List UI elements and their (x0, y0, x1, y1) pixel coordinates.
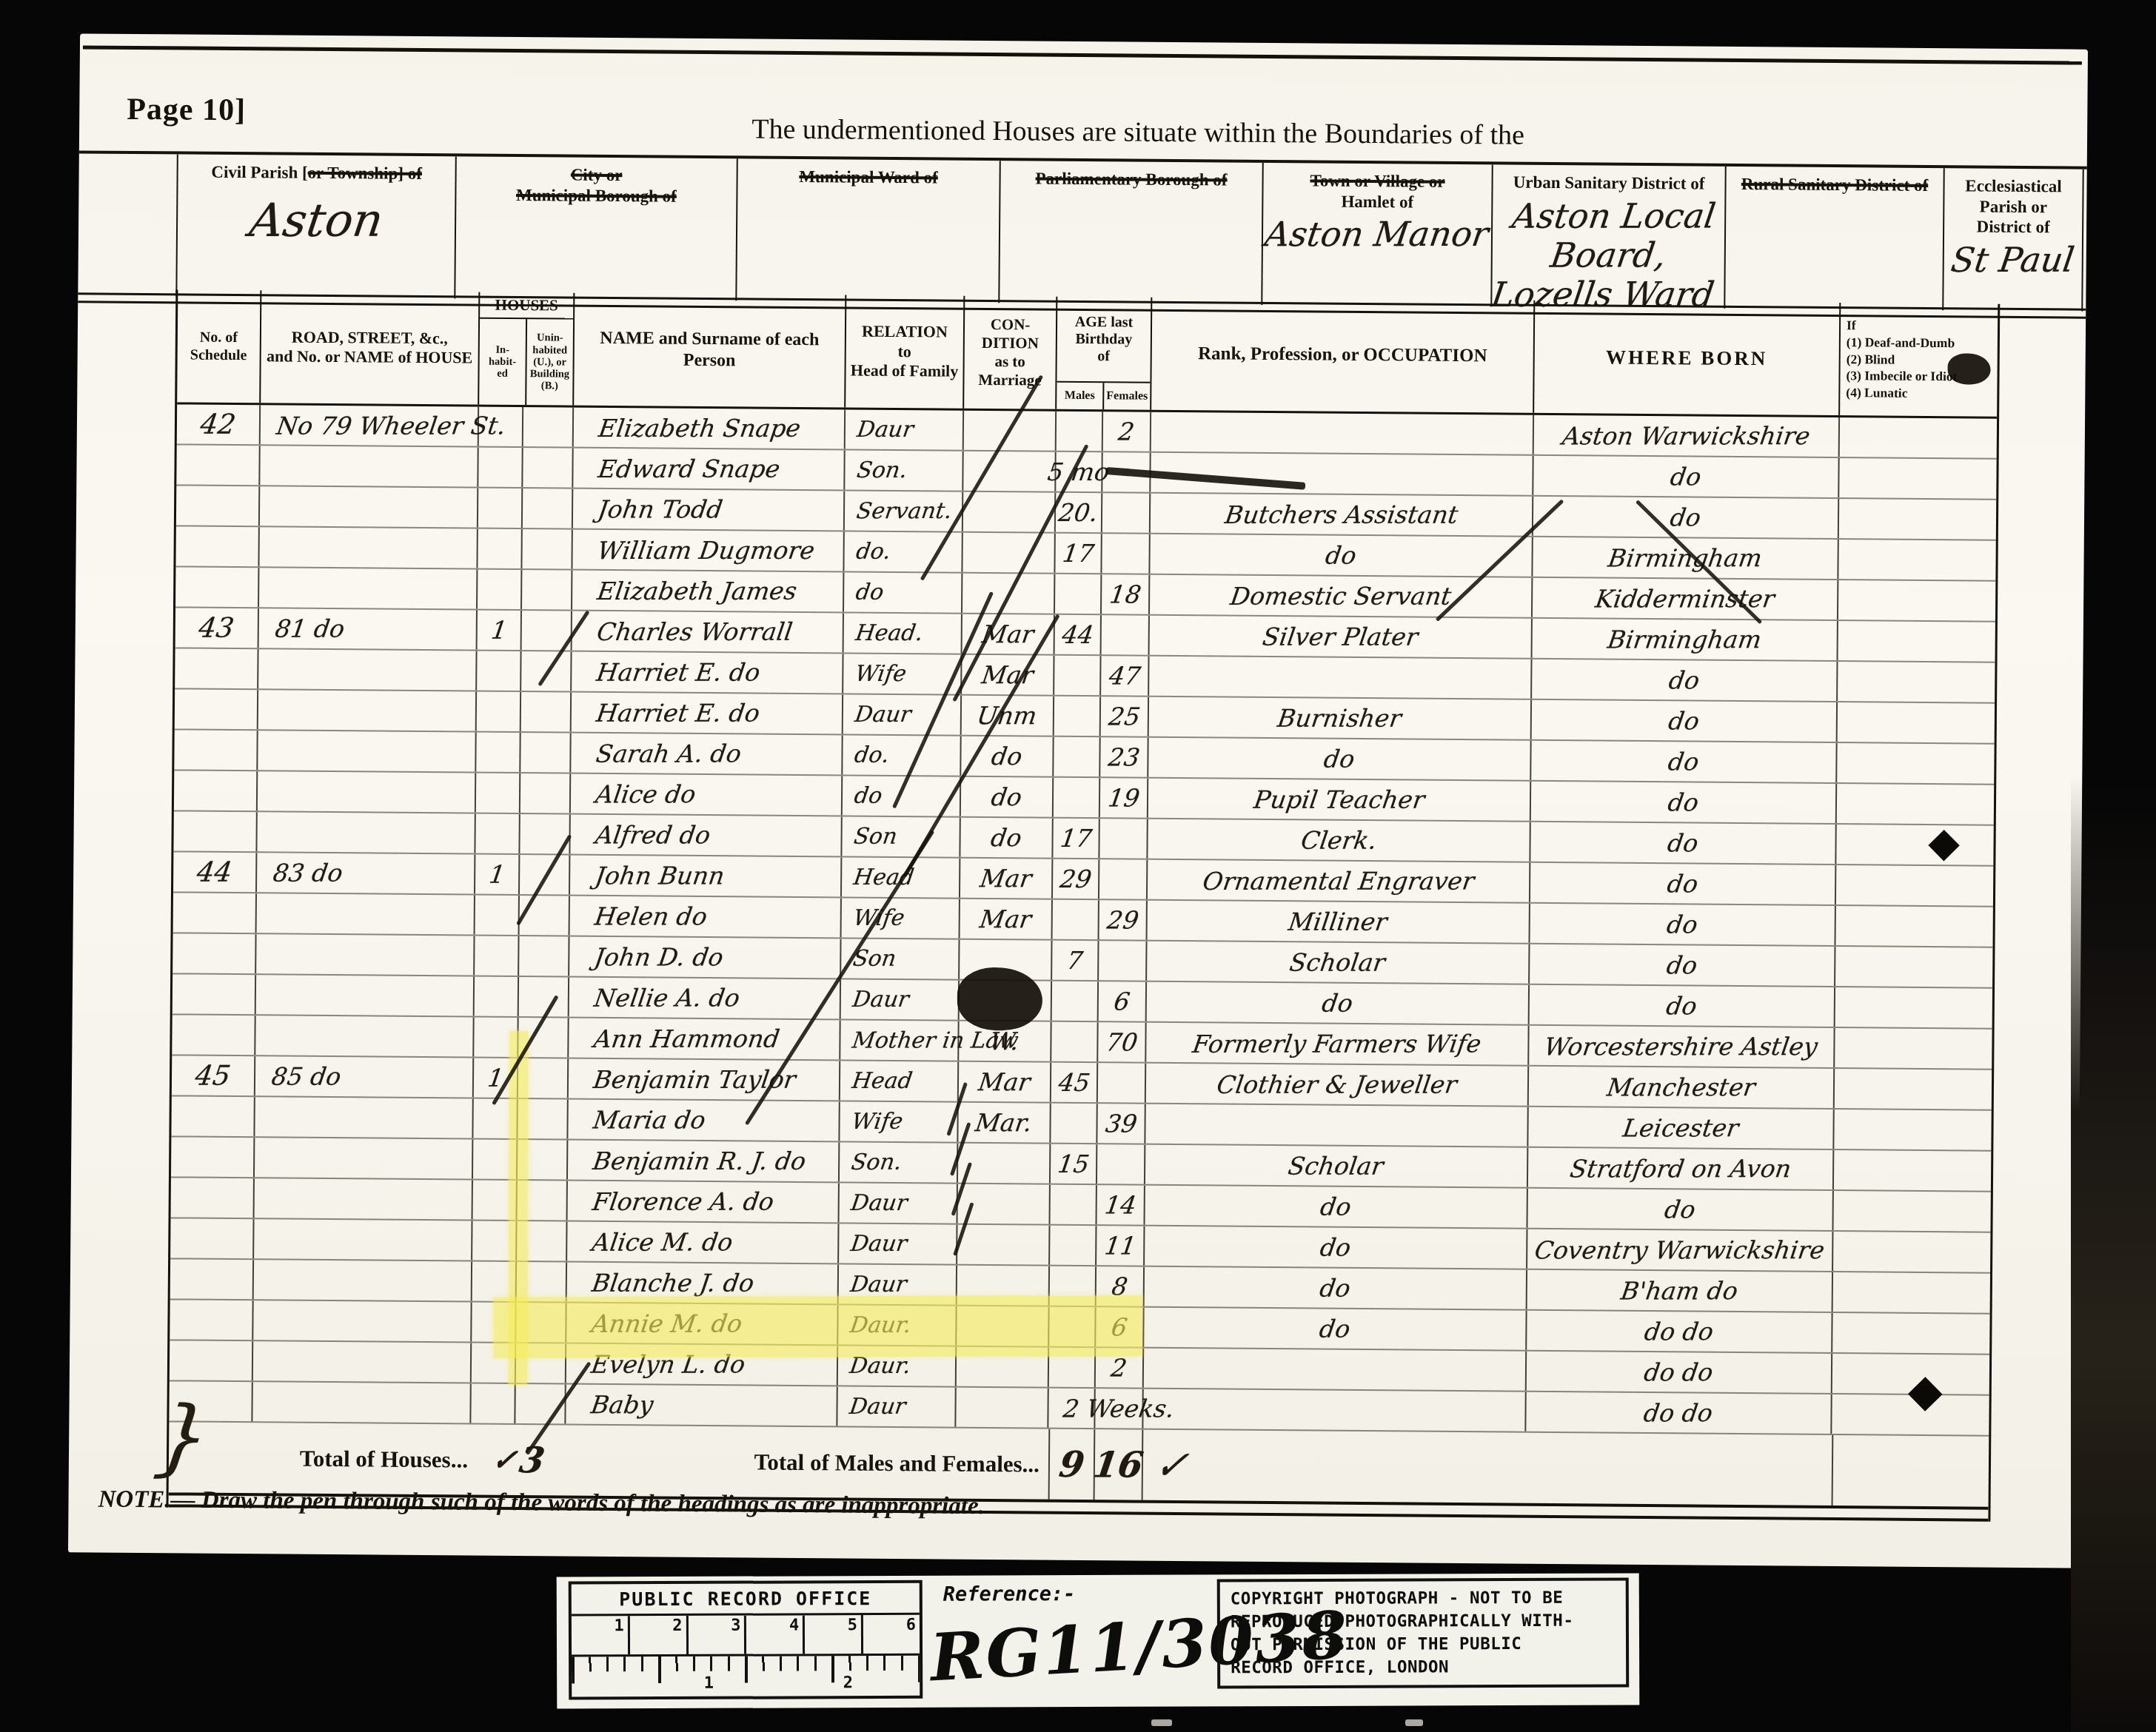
page-number: Page 10] (127, 92, 246, 128)
cell-road: No 79 Wheeler St. (261, 405, 479, 446)
cell-name: Elizabeth Snape (574, 408, 846, 449)
cell-road (255, 1178, 473, 1219)
cell-age_m (1053, 900, 1099, 939)
cell-age_f-text: 14 (1102, 1190, 1137, 1219)
cell-age_m (1055, 574, 1102, 614)
cell-schedule (173, 893, 257, 933)
cell-schedule (170, 1300, 253, 1340)
admin-box-label: Town or Village or Hamlet of (1310, 170, 1445, 212)
cell-occ-text: do (1318, 1274, 1352, 1303)
cell-born: do do (1527, 1311, 1832, 1352)
census-sheet: Page 10] The undermentioned Houses are s… (68, 33, 2088, 1568)
admin-label-struck: Rural Sanitary District of (1741, 175, 1929, 195)
col-header-inhabited: In- habit- ed (479, 319, 527, 405)
cell-age_m (1057, 412, 1103, 451)
cell-rel-text: Son (852, 824, 899, 850)
cell-age_f (1102, 615, 1150, 655)
cell-born: do do (1526, 1392, 1832, 1434)
cell-road (258, 690, 477, 731)
cell-born: do (1532, 700, 1838, 742)
cell-age_f-text: 11 (1102, 1231, 1137, 1260)
cell-born: do (1531, 741, 1837, 782)
cell-rel: Wife (840, 1101, 958, 1141)
film-edge-mark (1151, 1719, 1172, 1726)
cell-inh (478, 570, 522, 609)
cell-occ-text: Clerk. (1299, 826, 1378, 855)
cell-name-text: Blanche J. do (590, 1269, 756, 1298)
cell-road (260, 486, 478, 527)
cell-dis (1833, 1191, 1990, 1232)
cell-cond (958, 1144, 1051, 1184)
top-rule (83, 45, 2082, 64)
cell-dis (1838, 540, 1995, 580)
cell-inh (475, 896, 520, 935)
cell-schedule (171, 1178, 255, 1218)
cell-rel: Daur (841, 979, 960, 1019)
cell-age_f (1099, 819, 1148, 859)
cell-rel-text: do. (854, 539, 892, 565)
cell-dis (1835, 1028, 1992, 1069)
cell-rel-text: do (854, 580, 885, 605)
cell-occ-text: Butchers Assistant (1223, 500, 1460, 529)
houses-subheaders: In- habit- ed Unin- habited (U.), or Bui… (479, 318, 573, 406)
cell-cond-text: Mar. (974, 1108, 1034, 1137)
admin-box-3: Municipal Ward of (737, 158, 1000, 303)
cell-age_m (1054, 697, 1101, 736)
cell-born-text: do (1667, 747, 1701, 776)
cell-age_f: 6 (1099, 981, 1147, 1021)
cell-rel: do. (843, 736, 961, 776)
col-header-condition: CON- DITION as to Marriage (964, 296, 1057, 409)
ruler-segment: 5 (805, 1615, 863, 1654)
cell-name: Maria do (568, 1100, 840, 1141)
cell-road (256, 975, 475, 1016)
cell-schedule (176, 486, 260, 526)
cell-age_m-text: 15 (1056, 1149, 1091, 1178)
cell-age_m (1051, 1185, 1097, 1224)
cell-rel-text: Daur (848, 1394, 908, 1420)
cell-name: John Bunn (570, 856, 842, 897)
cell-inh (477, 651, 521, 691)
total-mf-label: Total of Males and Females... (566, 1426, 1049, 1500)
admin-label-struck: Parliamentary Borough of (1036, 169, 1228, 189)
cell-occ-text: Ornamental Engraver (1201, 867, 1476, 896)
cell-road: 81 do (259, 608, 478, 649)
cell-occ: Burnisher (1149, 697, 1532, 739)
cell-schedule (175, 567, 259, 607)
cell-inh: 1 (478, 611, 522, 650)
cell-name-text: Alfred do (594, 820, 712, 849)
cell-inh (471, 1384, 515, 1423)
cell-rel-text: Head. (854, 620, 925, 646)
cell-born: B'ham do (1527, 1270, 1833, 1312)
admin-box-2: City or Municipal Borough of (455, 156, 737, 301)
cell-occ (1144, 1349, 1527, 1391)
cell-inh (476, 733, 520, 772)
reference-label: Reference:- (943, 1582, 1076, 1606)
ruler-number: 1 (614, 1617, 623, 1635)
copyright-stamp: COPYRIGHT PHOTOGRAPH - NOT TO BEREPRODUC… (1217, 1577, 1630, 1688)
cell-schedule (175, 689, 258, 729)
cell-rel-text: Daur. (848, 1353, 913, 1379)
ruler-number: 2 (672, 1617, 682, 1635)
cell-born: Kidderminster (1533, 578, 1838, 620)
cell-born-text: do (1667, 706, 1701, 735)
cell-age_f (1102, 493, 1151, 533)
cell-age_f (1102, 534, 1150, 574)
cell-schedule: 45 (172, 1055, 255, 1095)
cell-age_m: 7 (1052, 941, 1099, 980)
cell-occ: do (1148, 738, 1531, 780)
cell-occ-text: Scholar (1287, 1152, 1386, 1181)
cell-born-text: do (1665, 910, 1699, 939)
cell-cond-text: Mar (978, 904, 1034, 933)
cell-occ-text: do (1322, 745, 1356, 773)
cell-born-text: Leicester (1621, 1113, 1740, 1142)
cell-rel: Head (840, 1061, 959, 1101)
cell-dis (1837, 784, 1994, 825)
cell-age_f-text: 70 (1104, 1027, 1139, 1056)
cell-occ: Ornamental Engraver (1148, 860, 1530, 902)
admin-box-label: Rural Sanitary District of (1741, 174, 1929, 196)
cell-name-text: Sarah A. do (595, 739, 743, 768)
cell-rel-text: Daur (849, 1231, 909, 1257)
cell-name: John Todd (573, 489, 845, 531)
cell-age_m (1051, 1104, 1097, 1143)
cell-rel-text: Son. (855, 457, 908, 483)
cell-age_m (1052, 981, 1099, 1021)
cell-inh (475, 814, 520, 853)
cell-born-text: do do (1642, 1398, 1715, 1427)
ruler-segment: 1 (572, 1616, 630, 1654)
col-header-road: ROAD, STREET, &c., and No. or NAME of HO… (261, 290, 480, 404)
cell-uninh (519, 977, 569, 1017)
totals-disabilities-cell (1832, 1435, 1989, 1507)
cell-age_m: 45 (1051, 1063, 1098, 1102)
cell-born-text: do (1668, 503, 1702, 531)
cell-rel: Daur (846, 410, 964, 450)
cell-born-text: do do (1643, 1317, 1715, 1346)
cell-age_f: 2 Weeks. (1095, 1389, 1143, 1429)
ruler-segment: 4 (746, 1615, 805, 1654)
pro-ruler-box: PUBLIC RECORD OFFICE 123456 1 2 (569, 1580, 923, 1700)
cell-occ: Clothier & Jeweller (1146, 1064, 1529, 1106)
admin-label-struck: Town or Village or (1310, 171, 1444, 190)
cell-dis (1836, 865, 1993, 906)
cell-occ: Clerk. (1148, 819, 1530, 862)
cell-schedule (174, 771, 258, 810)
cell-road-text: 81 do (273, 614, 346, 643)
cell-born-text: Stratford on Avon (1568, 1154, 1793, 1183)
cell-schedule-text: 45 (193, 1060, 232, 1092)
cell-name: Benjamin Taylor (569, 1059, 840, 1101)
cell-road (257, 893, 475, 934)
cell-born: do (1530, 985, 1835, 1027)
scanned-census-page: Page 10] The undermentioned Houses are s… (0, 0, 2156, 1732)
admin-box-label: Parliamentary Borough of (1036, 169, 1228, 191)
copyright-line: RECORD OFFICE, LONDON (1231, 1656, 1626, 1680)
cell-age_f: 19 (1100, 778, 1148, 818)
cell-name: Nellie A. do (569, 978, 841, 1019)
cell-age_f-text: 23 (1106, 742, 1141, 771)
cell-born: do do (1527, 1352, 1832, 1393)
admin-box-value: Aston Manor (1263, 215, 1492, 254)
cell-inh: 1 (475, 855, 520, 894)
cell-occ-text: Burnisher (1276, 704, 1403, 733)
cell-road (259, 568, 478, 608)
admin-label-struck: Municipal Ward of (799, 167, 938, 187)
cell-road (254, 1219, 472, 1260)
cell-occ (1145, 1104, 1528, 1147)
cell-schedule (171, 1096, 255, 1136)
cell-occ-text: Clothier & Jeweller (1215, 1070, 1459, 1099)
cell-name-text: John Bunn (593, 862, 726, 890)
cell-rel-text: Daur (849, 1190, 909, 1216)
cell-road (253, 1300, 472, 1341)
cell-born-text: do (1664, 991, 1698, 1020)
cell-road (260, 446, 478, 486)
admin-label-pre: Ecclesiastical Parish or District of (1965, 176, 2061, 236)
cell-name: William Dugmore (572, 530, 844, 571)
col-header-name: NAME and Surname of each Person (574, 293, 846, 408)
cell-born: do (1533, 456, 1839, 497)
cell-road-text: 85 do (269, 1062, 343, 1091)
cell-age_f-text: 18 (1108, 580, 1142, 608)
cell-occ-text: Formerly Farmers Wife (1191, 1030, 1484, 1058)
cell-name-text: John Todd (596, 495, 724, 524)
col-header-males: Males (1057, 383, 1104, 410)
age-subheaders: Males Females (1057, 381, 1150, 410)
cell-age_f-text: 29 (1105, 905, 1139, 934)
ruler-number: 3 (731, 1617, 740, 1635)
cell-name: Benjamin R. J. do (568, 1141, 840, 1182)
cell-dis (1832, 1354, 1989, 1394)
cell-occ-text: do (1319, 1192, 1353, 1221)
admin-label-pre: Urban Sanitary District of (1513, 173, 1705, 193)
cell-uninh (520, 896, 570, 936)
cell-dis (1839, 458, 1996, 499)
cell-cond: do (960, 818, 1053, 858)
admin-box-value: St Paul (1949, 241, 2077, 280)
cell-born: Birmingham (1533, 537, 1838, 579)
cell-rel: Mother in Law (840, 1020, 959, 1060)
cell-dis (1838, 662, 1995, 702)
cell-born-text: B'ham do (1619, 1276, 1740, 1305)
cell-age_f: 18 (1102, 574, 1150, 614)
cell-dis (1836, 825, 1993, 865)
cell-road-text: No 79 Wheeler St. (275, 412, 507, 440)
cell-cond-text: Mar (977, 1067, 1032, 1096)
cell-schedule (173, 974, 256, 1014)
cell-schedule-text: 44 (195, 856, 234, 888)
cell-schedule: 43 (175, 608, 259, 648)
cell-schedule (173, 933, 256, 973)
cell-rel: Daur (839, 1224, 957, 1263)
cell-cond-text: do (989, 823, 1023, 852)
cell-age_f-text: 39 (1103, 1109, 1138, 1138)
cell-age_f (1099, 859, 1148, 899)
cell-rel: Wife (843, 654, 962, 694)
cell-road (258, 771, 476, 812)
cell-age_f (1098, 1063, 1146, 1103)
admin-box-6: Urban Sanitary District ofAston Local Bo… (1492, 164, 1726, 308)
cell-uninh (523, 489, 573, 528)
houses-check-mark: ✓ (489, 1443, 519, 1477)
cell-road (259, 527, 478, 568)
cell-name-text: Nellie A. do (592, 984, 742, 1013)
cell-cond-text: Mar (978, 864, 1034, 893)
cell-born: do (1530, 822, 1836, 864)
cell-name-text: Ann Hammond (592, 1024, 782, 1053)
cell-age_f-text: 2 (1109, 1353, 1128, 1382)
cell-cond (957, 1225, 1050, 1265)
cell-occ-text: do (1324, 541, 1358, 570)
ruler-number: 4 (789, 1616, 799, 1634)
cell-occ: Milliner (1148, 901, 1530, 943)
cell-schedule: 42 (177, 404, 261, 444)
cell-born: Manchester (1529, 1067, 1835, 1108)
cell-name: Elizabeth James (572, 571, 844, 612)
cell-inh (478, 489, 523, 528)
cell-name: Florence A. do (568, 1181, 840, 1223)
cell-age_m (1054, 656, 1101, 695)
cell-road-text: 83 do (271, 859, 344, 887)
admin-box-7: Rural Sanitary District of (1725, 167, 1944, 310)
table-body: 42No 79 Wheeler St.Elizabeth SnapeDaur2A… (169, 404, 1997, 1436)
cell-road (258, 731, 476, 771)
cell-occ-text: Milliner (1287, 907, 1389, 936)
cell-born: do (1530, 904, 1836, 945)
cell-road (253, 1341, 472, 1382)
admin-header-band: Civil Parish [or Township] ofAstonCity o… (78, 150, 2086, 311)
cell-name-text: Baby (589, 1390, 655, 1419)
cell-occ: do (1150, 534, 1533, 577)
cell-occ: do (1145, 1267, 1527, 1309)
admin-box-value: Aston Local Board, Lozells Ward (1484, 196, 1733, 314)
cell-born: do (1527, 1189, 1833, 1230)
cell-rel-text: Head (851, 1068, 914, 1094)
cell-age_f-text: 2 (1116, 417, 1136, 446)
ruler-segment: 6 (863, 1615, 920, 1654)
cell-name-text: Maria do (592, 1105, 708, 1134)
cell-dis (1839, 499, 1996, 540)
cell-age_f: 29 (1099, 900, 1148, 940)
ruler-number: 6 (906, 1616, 916, 1634)
cell-name-text: William Dugmore (596, 536, 817, 565)
cell-dis (1840, 417, 1997, 458)
cell-dis (1838, 702, 1995, 743)
cell-name: Helen do (570, 896, 842, 938)
cell-age_f: 70 (1098, 1022, 1146, 1062)
cell-born-text: do (1665, 950, 1699, 979)
col-header-relation: RELATION to Head of Family (846, 295, 965, 409)
cell-dis (1833, 1232, 1990, 1272)
col-header-uninhabited: Unin- habited (U.), or Building (B.) (526, 319, 573, 405)
copyright-line: COPYRIGHT PHOTOGRAPH - NOT TO BE (1231, 1587, 1626, 1611)
admin-label-struck: or Township] of (308, 164, 422, 183)
cell-schedule (170, 1218, 254, 1258)
cell-occ: Silver Plater (1150, 616, 1533, 658)
ink-marks-layer (80, 33, 2088, 49)
total-houses-value: ✓ 3 (471, 1425, 566, 1496)
cell-age_f-text: 6 (1112, 987, 1131, 1016)
cell-occ: Pupil Teacher (1148, 779, 1531, 821)
ruler-segment: 2 (630, 1616, 689, 1654)
cell-name-text: Edward Snape (597, 454, 782, 483)
cell-inh (477, 692, 521, 731)
col-header-occupation: Rank, Profession, or OCCUPATION (1151, 298, 1535, 413)
cell-schedule (175, 648, 258, 688)
cell-road (255, 1138, 473, 1178)
cell-born: Leicester (1528, 1107, 1834, 1149)
table-header-row: No. of Schedule ROAD, STREET, &c., and N… (177, 289, 1998, 418)
cell-age_m (1054, 778, 1100, 817)
cell-occ: do (1147, 982, 1530, 1024)
admin-box-8: Ecclesiastical Parish or District ofSt P… (1944, 168, 2084, 311)
cell-dis (1837, 743, 1994, 784)
cell-age_f: 11 (1097, 1226, 1145, 1266)
cell-inh (476, 773, 520, 813)
cell-rel: Son. (845, 451, 963, 491)
cell-born-text: do (1666, 788, 1700, 816)
cell-name-text: Harriet E. do (595, 699, 762, 728)
cell-born: do (1530, 944, 1835, 986)
cell-name-text: Charles Worrall (595, 617, 794, 646)
cell-age_f (1099, 941, 1147, 981)
cell-rel: Daur (837, 1386, 956, 1426)
cell-born: Stratford on Avon (1528, 1148, 1834, 1189)
cell-name: John D. do (569, 937, 841, 979)
cell-age_m-text: 44 (1060, 620, 1095, 649)
cell-occ: Scholar (1147, 941, 1530, 984)
cell-road (257, 812, 475, 853)
cell-age_f: 25 (1101, 697, 1149, 736)
cell-name: Harriet E. do (572, 652, 843, 694)
cell-born: do (1532, 659, 1838, 701)
cell-cond-text: do (990, 742, 1024, 771)
cell-dis (1835, 906, 1992, 947)
cell-rel: Daur (840, 1183, 958, 1223)
total-houses-label: Total of Houses... (169, 1422, 472, 1494)
cell-age_m-text: 17 (1060, 539, 1095, 568)
ruler-long-ticks (572, 1656, 920, 1684)
cell-born: Worcestershire Astley (1529, 1026, 1835, 1067)
cell-name-text: John D. do (592, 943, 725, 972)
total-males-value: 9 (1048, 1429, 1096, 1500)
cell-cond: Mar (960, 899, 1053, 939)
col-header-age: AGE last Birthday of Males Females (1057, 297, 1152, 410)
cell-age_f: 23 (1100, 737, 1148, 777)
cell-rel: do (844, 573, 962, 613)
cell-dis (1834, 1150, 1991, 1191)
cell-name-text: Benjamin R. J. do (591, 1147, 808, 1175)
cell-born: do (1533, 497, 1839, 538)
cell-age_m-text: 20. (1057, 498, 1100, 527)
cell-dis (1838, 580, 1995, 621)
cell-road: 83 do (257, 853, 475, 893)
cell-road (252, 1382, 471, 1423)
cell-age_f (1097, 1144, 1145, 1184)
sheet-heading: The undermentioned Houses are situate wi… (435, 110, 1841, 154)
admin-box-5: Town or Village or Hamlet ofAston Manor (1262, 163, 1493, 306)
cell-occ-text: Pupil Teacher (1252, 785, 1427, 814)
cell-dis (1832, 1394, 1989, 1435)
cell-age_m-text: 17 (1058, 824, 1093, 853)
admin-box-label: Civil Parish [or Township] of (211, 162, 422, 184)
cell-rel-text: Wife (854, 661, 908, 687)
cell-dis (1835, 947, 1992, 987)
cell-rel: Wife (842, 898, 960, 938)
